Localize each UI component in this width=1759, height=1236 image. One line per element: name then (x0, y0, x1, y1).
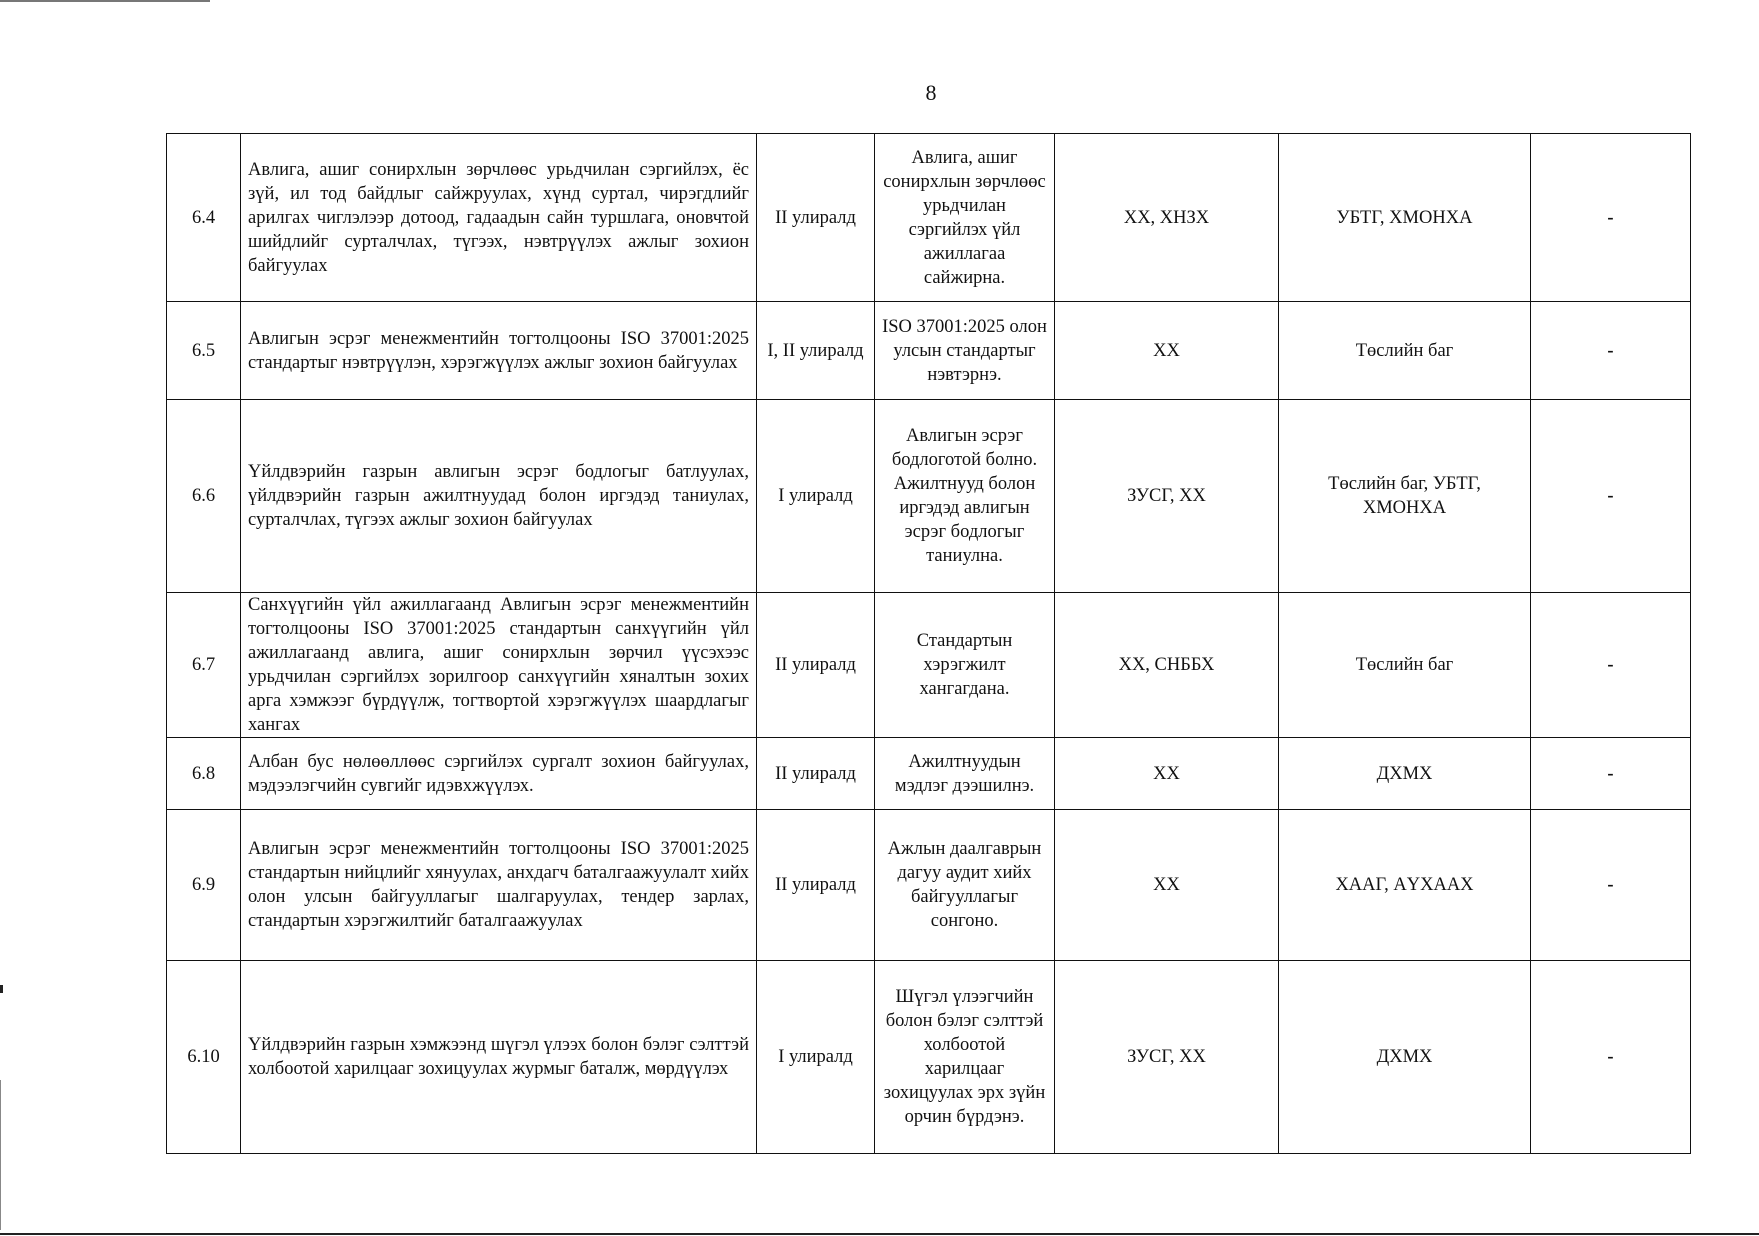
row-number: 6.5 (167, 302, 241, 400)
expected-outcome: Ажлын даалгаврын дагуу аудит хийх байгуу… (875, 810, 1055, 961)
task-description: Албан бус нөлөөллөөс сэргийлэх сургалт з… (241, 738, 757, 810)
table-row: 6.4 Авлига, ашиг сонирхлын зөрчлөөс урьд… (167, 134, 1691, 302)
note-cell: - (1531, 810, 1691, 961)
expected-outcome: ISO 37001:2025 олон улсын стандартыг нэв… (875, 302, 1055, 400)
page-number: 8 (0, 80, 1759, 106)
table-row: 6.8 Албан бус нөлөөллөөс сэргийлэх сурга… (167, 738, 1691, 810)
deadline-period: I улиралд (757, 961, 875, 1154)
table-row: 6.5 Авлигын эсрэг менежментийн тогтолцоо… (167, 302, 1691, 400)
deadline-period: I, II улиралд (757, 302, 875, 400)
responsible-unit: ЗУСГ, ХХ (1055, 961, 1279, 1154)
table-row: 6.7 Санхүүгийн үйл ажиллагаанд Авлигын э… (167, 593, 1691, 738)
responsible-unit: ХХ (1055, 810, 1279, 961)
partner-unit: УБТГ, ХМОНХА (1279, 134, 1531, 302)
expected-outcome: Ажилтнуудын мэдлэг дээшилнэ. (875, 738, 1055, 810)
partner-unit: Төслийн баг, УБТГ, ХМОНХА (1279, 400, 1531, 593)
row-number: 6.8 (167, 738, 241, 810)
deadline-period: I улиралд (757, 400, 875, 593)
note-cell: - (1531, 593, 1691, 738)
task-description: Авлигын эсрэг менежментийн тогтолцооны I… (241, 302, 757, 400)
partner-unit: Төслийн баг (1279, 302, 1531, 400)
scan-edge-bottom (0, 1233, 1759, 1235)
deadline-period: II улиралд (757, 810, 875, 961)
task-description: Үйлдвэрийн газрын авлигын эсрэг бодлогыг… (241, 400, 757, 593)
row-number: 6.4 (167, 134, 241, 302)
table-row: 6.9 Авлигын эсрэг менежментийн тогтолцоо… (167, 810, 1691, 961)
deadline-period: II улиралд (757, 593, 875, 738)
responsible-unit: ХХ (1055, 302, 1279, 400)
scan-edge-top (0, 0, 210, 2)
deadline-period: II улиралд (757, 738, 875, 810)
partner-unit: ХААГ, АҮХААХ (1279, 810, 1531, 961)
row-number: 6.6 (167, 400, 241, 593)
task-description: Санхүүгийн үйл ажиллагаанд Авлигын эсрэг… (241, 593, 757, 738)
expected-outcome: Стандартын хэрэгжилт хангагдана. (875, 593, 1055, 738)
expected-outcome: Авлига, ашиг сонирхлын зөрчлөөс урьдчила… (875, 134, 1055, 302)
action-plan-table: 6.4 Авлига, ашиг сонирхлын зөрчлөөс урьд… (166, 133, 1691, 1154)
partner-unit: Төслийн баг (1279, 593, 1531, 738)
note-cell: - (1531, 134, 1691, 302)
partner-unit: ДХМХ (1279, 738, 1531, 810)
row-number: 6.7 (167, 593, 241, 738)
row-number: 6.10 (167, 961, 241, 1154)
note-cell: - (1531, 961, 1691, 1154)
row-number: 6.9 (167, 810, 241, 961)
table-row: 6.10 Үйлдвэрийн газрын хэмжээнд шүгэл үл… (167, 961, 1691, 1154)
note-cell: - (1531, 302, 1691, 400)
task-description: Авлигын эсрэг менежментийн тогтолцооны I… (241, 810, 757, 961)
partner-unit: ДХМХ (1279, 961, 1531, 1154)
expected-outcome: Шүгэл үлээгчийн болон бэлэг сэлттэй холб… (875, 961, 1055, 1154)
responsible-unit: ХХ (1055, 738, 1279, 810)
expected-outcome: Авлигын эсрэг бодлоготой болно. Ажилтнуу… (875, 400, 1055, 593)
task-description: Үйлдвэрийн газрын хэмжээнд шүгэл үлээх б… (241, 961, 757, 1154)
responsible-unit: ХХ, СНББХ (1055, 593, 1279, 738)
responsible-unit: ЗУСГ, ХХ (1055, 400, 1279, 593)
scan-mark (0, 985, 3, 993)
task-description: Авлига, ашиг сонирхлын зөрчлөөс урьдчила… (241, 134, 757, 302)
deadline-period: II улиралд (757, 134, 875, 302)
scan-edge-left (0, 1080, 1, 1230)
note-cell: - (1531, 400, 1691, 593)
note-cell: - (1531, 738, 1691, 810)
responsible-unit: ХХ, ХНЗХ (1055, 134, 1279, 302)
table-row: 6.6 Үйлдвэрийн газрын авлигын эсрэг бодл… (167, 400, 1691, 593)
